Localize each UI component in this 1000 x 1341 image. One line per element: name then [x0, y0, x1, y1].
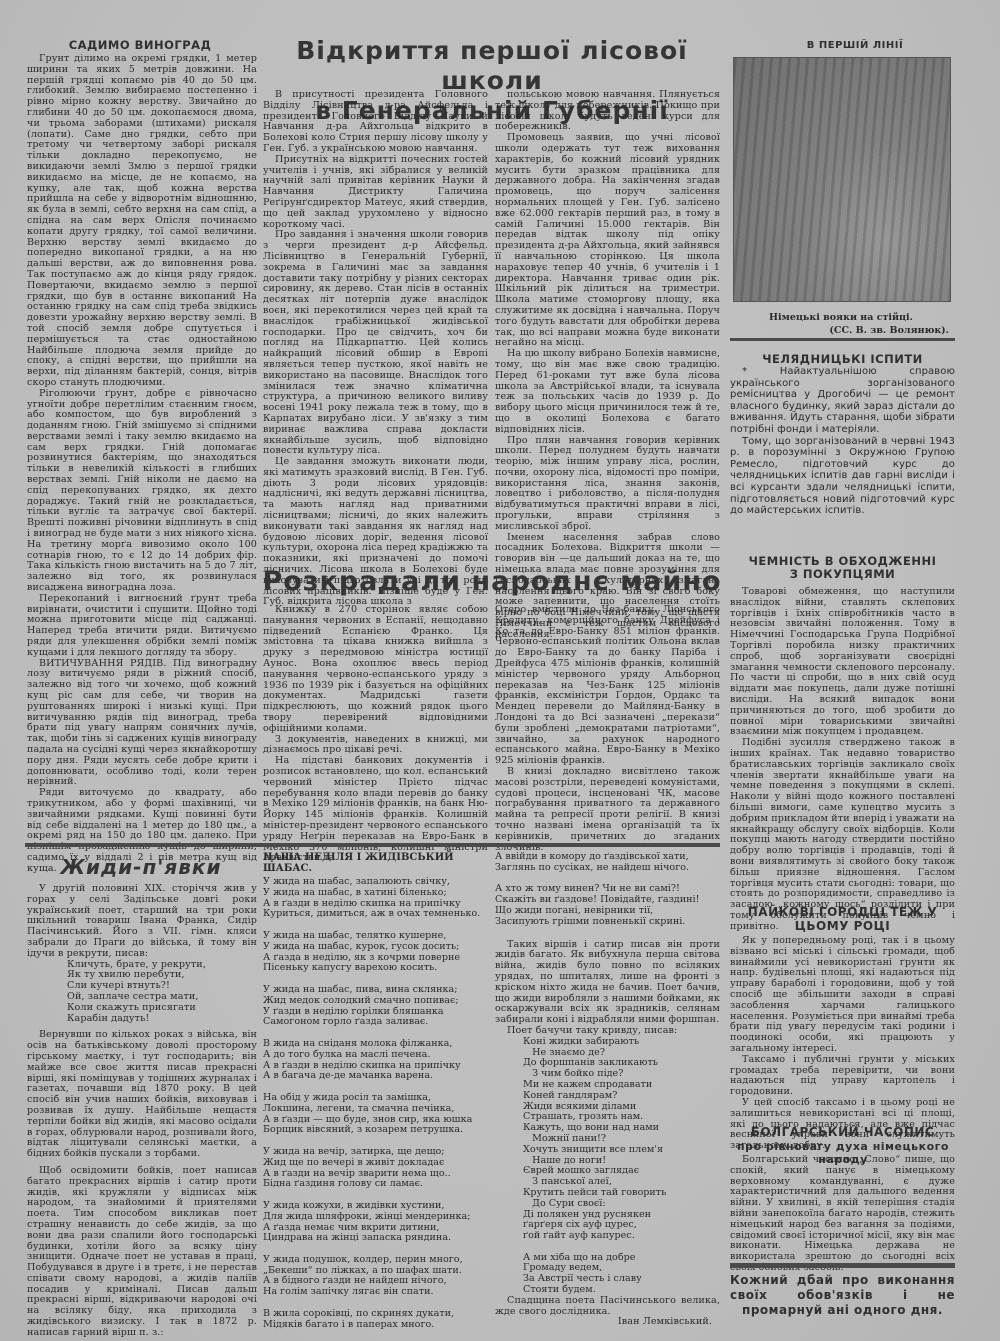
politeness-article: Товарові обмеження, що наступили внаслід… [730, 587, 955, 933]
poem-title: НАША НЕДІЛЯ І ЖИДІВСЬКИЙ ШАБАС. [263, 852, 493, 874]
plundered-paragraph: На підставі банкових документів і розпис… [263, 756, 488, 864]
leeches-intro: У другій половині XIX. сторіччя жив у го… [27, 884, 257, 960]
photo-caption: Німецькі вояки на стійці. [733, 312, 949, 323]
plundered-headline: Розкрадали народнє майно [262, 565, 722, 599]
leeches-continuation: Таких віршів і сатир писав він проти жид… [495, 940, 720, 1037]
exams-paragraph: Тому, що зорганізований в червні 1943 р.… [730, 436, 955, 517]
vineyard-paragraph: ВИТИЧУВАННЯ РЯДІВ. Під виноградну лозу в… [27, 659, 257, 789]
exams-article: * Найактуальнішою справою українського з… [730, 366, 955, 517]
exams-title: ЧЕЛЯДНИЦЬКІ ІСПИТИ [730, 352, 955, 366]
soldiers-photo [733, 57, 951, 302]
poem-stanzas: У жида на шабас, запалюють свічку, У жид… [263, 877, 493, 1330]
leeches-paragraph: Таких віршів і сатир писав він проти жид… [495, 940, 720, 1026]
leeches-paragraph: Вернувши по кількох роках з війська, він… [27, 1030, 257, 1160]
forest-school-paragraph: Промовець заявив, що учні лісової школи … [495, 133, 720, 349]
vineyard-title: САДИМО ВИНОГРАД [25, 38, 255, 52]
bulgarian-title: БОЛГАРСЬКИЙ ЧАСОПИС [730, 1125, 955, 1139]
newspaper-page: САДИМО ВИНОГРАД Грунт ділимо на окремі г… [0, 0, 1000, 1341]
poem-stanzas-continued: А ввійди в комору до ґаздівської хати, З… [495, 852, 720, 928]
leeches-column-1: У другій половині XIX. сторіччя жив у го… [27, 884, 257, 1339]
politeness-title: ЧЕМНІСТЬ В ОБХОДЖЕННІ З ПОКУПЦЯМИ [730, 555, 955, 581]
politeness-title-line2: З ПОКУПЦЯМИ [730, 568, 955, 581]
forest-school-paragraph: В присутності президента Головного Відді… [263, 90, 488, 155]
vineyard-article: Грунт ділимо на окремі грядки, 1 метер ш… [27, 54, 257, 875]
section-divider [25, 843, 720, 847]
front-line-title: В ПЕРШІЙ ЛІНІЇ [735, 40, 975, 51]
plundered-paragraph: В книзі докладно висвітлено також масові… [495, 767, 720, 853]
politeness-paragraph: Товарові обмеження, що наступили внаслід… [730, 587, 955, 738]
photo-credit: (СС. В. зв. Волянюк). [733, 325, 949, 336]
exams-paragraph: * Найактуальнішою справою українського з… [730, 366, 955, 436]
forest-school-paragraph: На цю школу вибрано Болехів навмисне, то… [495, 349, 720, 435]
forest-school-paragraph: Про плян навчання говорив керівник школи… [495, 436, 720, 533]
vineyard-paragraph: Перекопаний і вигноєний ґрунт треба вирі… [27, 594, 257, 659]
verse-line: Коли скажуть присягати [67, 1003, 257, 1014]
politeness-paragraph: Подібні зусилля стверджено також в інших… [730, 738, 955, 932]
forest-school-title-line1: Відкриття першої лісової школи [262, 36, 722, 96]
leeches-closing: Спадщина поета Пасічинського велика, жде… [495, 1296, 720, 1318]
forest-school-column-2: польською мовою навчання. Плянується теж… [495, 90, 720, 641]
author-signature: Іван Лемківський. [495, 1317, 720, 1328]
bulgarian-article: Болгарський часопис „Слово“ пише, що спо… [730, 1155, 955, 1274]
leeches-headline: Жиди-п'явки [25, 855, 257, 879]
allotments-title: ПАЙКОВІ ГОРОДЦІ ТЕЖ У ЦЬОМУ РОЦІ [730, 905, 955, 933]
forest-school-column-1: В присутності президента Головного Відді… [263, 90, 488, 608]
bulgarian-paragraph: Болгарський часопис „Слово“ пише, що спо… [730, 1155, 955, 1274]
allotments-paragraph: Таксамо і публичні ґрунти у міських гром… [730, 1055, 955, 1098]
closing-paragraph: Спадщина поета Пасічинського велика, жде… [495, 1296, 720, 1318]
plundered-column-2: Отеро вмістили до Чез-банку, Ліонського … [495, 605, 720, 853]
verse-line: Карабін дадуть! [67, 1014, 257, 1025]
vineyard-paragraph: Ріголюючи ґрунт, добре є рівночасно угно… [27, 389, 257, 594]
plundered-column-1: Книжку в 270 сторінок являє собою панува… [263, 605, 488, 864]
vineyard-paragraph: Грунт ділимо на окремі грядки, 1 метер ш… [27, 54, 257, 389]
allotments-article: Як у попередньому році, так і в цьому ві… [730, 936, 955, 1152]
forest-school-paragraph: польською мовою навчання. Плянується теж… [495, 90, 720, 133]
poem-left: НАША НЕДІЛЯ І ЖИДІВСЬКИЙ ШАБАС. У жида н… [263, 852, 493, 1330]
recruit-verse: Кличуть, брате, у рекрути, Як ту хвилю п… [27, 960, 257, 1025]
forest-school-paragraph: Про завдання і значення школи говорив з … [263, 230, 488, 457]
plundered-paragraph: З документів, наведених в книжці, ми діз… [263, 735, 488, 757]
section-divider [730, 1263, 955, 1268]
allotments-paragraph: Як у попередньому році, так і в цьому ві… [730, 936, 955, 1055]
closing-slogan: Кожний дбай про виконання своїх обов'язк… [730, 1273, 955, 1318]
forest-school-paragraph: Присутніх на відкритті почесних гостей у… [263, 155, 488, 231]
second-poem: Коні жидки забирають Не знаємо де? До фо… [495, 1037, 720, 1296]
leeches-paragraph: Щоб освідомити бойків, поет написав бага… [27, 1166, 257, 1339]
section-divider [730, 338, 955, 341]
plundered-paragraph: Отеро вмістили до Чез-банку, Ліонського … [495, 605, 720, 767]
plundered-paragraph: Книжку в 270 сторінок являє собою панува… [263, 605, 488, 735]
poem-right: А ввійди в комору до ґаздівської хати, З… [495, 852, 720, 1328]
